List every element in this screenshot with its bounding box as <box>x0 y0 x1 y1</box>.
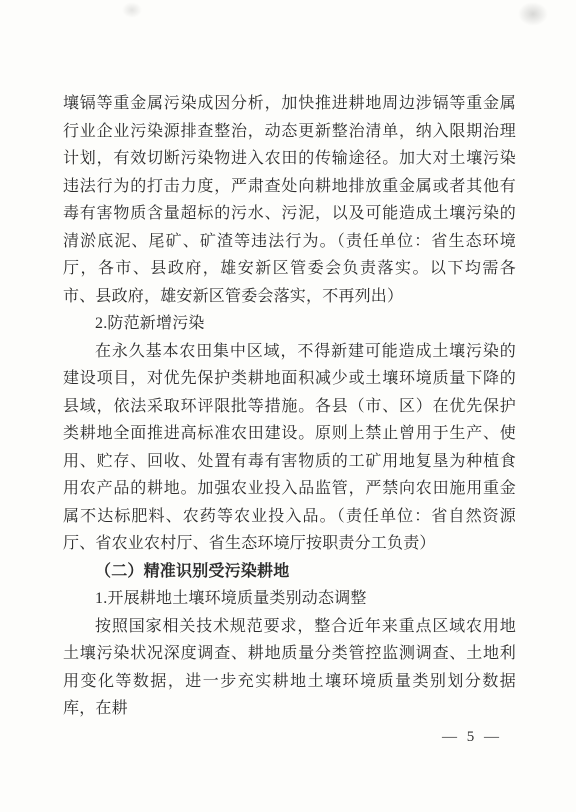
page-footer: — 5 — <box>442 728 502 746</box>
scan-smudge-top-left <box>122 2 142 18</box>
heading-identify-polluted-farmland: （二）精准识别受污染耕地 <box>63 558 516 586</box>
page-number: — 5 — <box>442 729 502 745</box>
paragraph-soil-quality-category-adjustment: 按照国家相关技术规范要求，整合近年来重点区域农用地土壤污染状况深度调查、耕地质量… <box>63 613 516 723</box>
paragraph-prevent-new-pollution: 在永久基本农田集中区域，不得新建可能造成土壤污染的建设项目，对优先保护类耕地面积… <box>63 338 516 558</box>
document-body: 壤镉等重金属污染成因分析，加快推进耕地周边涉镉等重金属行业企业污染源排查整治，动… <box>63 90 516 723</box>
scanned-document-page: 壤镉等重金属污染成因分析，加快推进耕地周边涉镉等重金属行业企业污染源排查整治，动… <box>0 0 576 812</box>
heading-prevent-new-pollution: 2.防范新增污染 <box>63 310 516 338</box>
heading-soil-quality-category-adjustment: 1.开展耕地土壤环境质量类别动态调整 <box>63 585 516 613</box>
scan-smudge-top-right <box>518 2 548 26</box>
paragraph-heavy-metal-source-control: 壤镉等重金属污染成因分析，加快推进耕地周边涉镉等重金属行业企业污染源排查整治，动… <box>63 90 516 310</box>
